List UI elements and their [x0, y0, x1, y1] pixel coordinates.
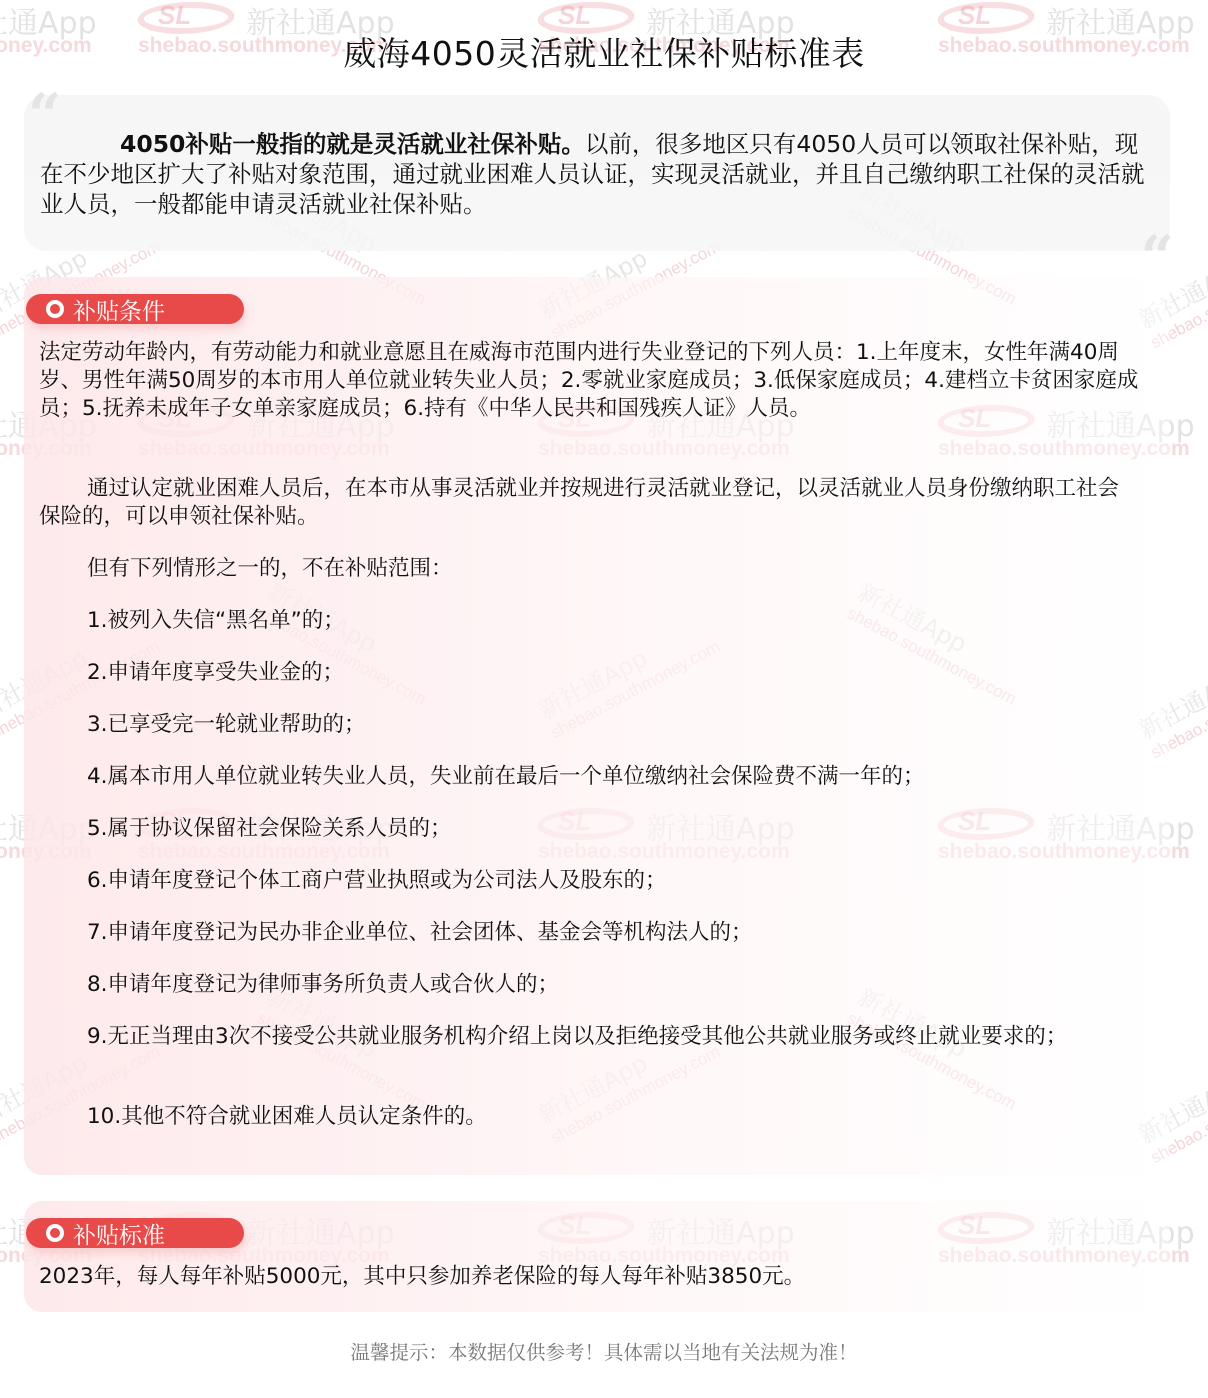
- circle-icon: [46, 1224, 64, 1242]
- exclusion-item: 8.申请年度登记为律师事务所负责人或合伙人的；: [39, 971, 1139, 999]
- section-standard: 补贴标准 2023年，每人每年补贴5000元，其中只参加养老保险的每人每年补贴3…: [24, 1201, 1170, 1312]
- exclusion-item: 7.申请年度登记为民办非企业单位、社会团体、基金会等机构法人的；: [39, 919, 1139, 947]
- exclusion-item: 6.申请年度登记个体工商户营业执照或为公司法人及股东的；: [39, 867, 1139, 895]
- exclusion-item: 3.已享受完一轮就业帮助的；: [39, 711, 1139, 739]
- exclusion-intro: 但有下列情形之一的，不在补贴范围：: [39, 555, 1139, 583]
- exclusion-item: 2.申请年度享受失业金的；: [39, 659, 1139, 687]
- badge-label: 补贴条件: [73, 293, 165, 326]
- subsidy-standard-text: 2023年，每人每年补贴5000元，其中只参加养老保险的每人每年补贴3850元。: [39, 1263, 1139, 1291]
- certification-paragraph: 通过认定就业困难人员后，在本市从事灵活就业并按规进行灵活就业登记，以灵活就业人员…: [39, 475, 1139, 531]
- intro-quote-box: “ “ 4050补贴一般指的就是灵活就业社保补贴。以前，很多地区只有4050人员…: [24, 95, 1170, 251]
- circle-icon: [46, 300, 64, 318]
- exclusion-item: 5.属于协议保留社会保险关系人员的；: [39, 815, 1139, 843]
- section-badge-standard: 补贴标准: [26, 1218, 244, 1248]
- eligibility-paragraph: 法定劳动年龄内，有劳动能力和就业意愿且在威海市范围内进行失业登记的下列人员：1.…: [39, 339, 1139, 423]
- intro-text: 4050补贴一般指的就是灵活就业社保补贴。以前，很多地区只有4050人员可以领取…: [40, 129, 1152, 219]
- exclusion-item: 9.无正当理由3次不接受公共就业服务机构介绍上岗以及拒绝接受其他公共就业服务或终…: [39, 1023, 1139, 1051]
- exclusion-item: 1.被列入失信“黑名单”的；: [39, 607, 1139, 635]
- badge-label: 补贴标准: [73, 1217, 165, 1250]
- section-conditions: 补贴条件 法定劳动年龄内，有劳动能力和就业意愿且在威海市范围内进行失业登记的下列…: [24, 277, 1170, 1175]
- exclusion-item: 10.其他不符合就业困难人员认定条件的。: [39, 1103, 1139, 1131]
- exclusion-item: 4.属本市用人单位就业转失业人员，失业前在最后一个单位缴纳社会保险费不满一年的；: [39, 763, 1139, 791]
- section-badge-conditions: 补贴条件: [26, 294, 244, 324]
- intro-bold-lead: 4050补贴一般指的就是灵活就业社保补贴。: [120, 130, 585, 158]
- disclaimer-note: 温馨提示：本数据仅供参考！具体需以当地有关法规为准！: [0, 1337, 1208, 1365]
- page-title: 威海4050灵活就业社保补贴标准表: [0, 28, 1208, 75]
